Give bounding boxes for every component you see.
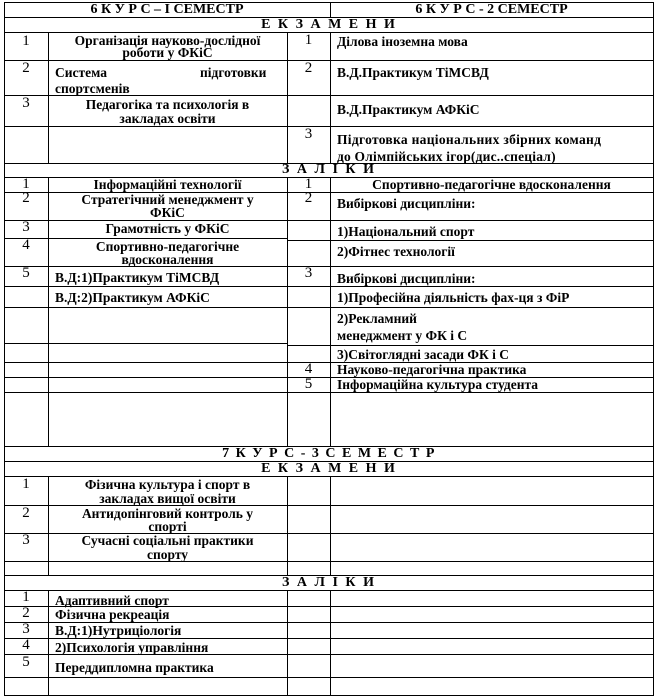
subject-name: Вибіркові дисципліни: [337,271,476,286]
subject-name: ФКіС [48,205,287,220]
subject-name: Переддипломна практика [55,660,214,675]
subject-name: Вибіркові дисципліни: [337,196,476,211]
subject-name: Педагогіка та психологія в [48,97,287,112]
divider [287,95,654,96]
semester-2-title: 6 К У Р С - 2 СЕМЕСТР [330,2,653,17]
row-number: 1 [4,590,48,605]
subject-name: Ділова іноземна мова [337,34,468,49]
table-border-bottom [4,695,654,696]
divider [48,590,49,695]
divider [4,392,287,393]
subject-name: В.Д:1)Практикум ТіМСВД [55,270,219,285]
row-number: 4 [4,238,48,253]
divider [287,286,654,287]
row-number: 2 [287,191,330,206]
subject-name: Система [55,65,107,80]
divider [330,177,331,446]
divider [4,307,287,308]
divider [287,192,654,193]
subject-name: 2)Рекламний [337,311,417,326]
subject-name: закладах освіти [48,111,287,126]
subject-name: вдосконалення [48,252,287,267]
divider [287,266,654,267]
divider [4,286,287,287]
row-number: 2 [4,506,48,521]
subject-name: менеджмент у ФК і С [337,328,467,343]
divider [287,476,288,575]
subject-name: Фізична культура і спорт в [48,477,287,492]
divider [287,177,288,446]
row-number: 2 [4,606,48,621]
divider [287,60,654,61]
exams-header: Е К З А М Е Н И [4,17,654,32]
subject-name: спортсменів [55,81,130,96]
row-number: 4 [287,362,330,377]
subject-name: В.Д.Практикум ТіМСВД [337,65,489,80]
subject-name: Підготовка національних збірних команд [337,132,601,147]
row-number: 5 [287,377,330,392]
row-number: 3 [4,96,48,111]
row-number: 2 [4,61,48,76]
row-number: 4 [4,638,48,653]
subject-name: Адаптивний спорт [55,593,169,608]
row-number: 2 [4,191,48,206]
subject-name: спорту [48,547,287,562]
subject-name: Науково-педагогічна практика [337,362,526,377]
table-border-right [653,2,654,696]
row-number: 3 [287,266,330,281]
subject-name: підготовки [200,65,266,80]
subject-name: 2)Фітнес технології [337,244,455,259]
subject-name: закладах вищої освіти [48,491,287,506]
divider [4,590,654,591]
subject-name: 3)Світоглядні засади ФК і С [337,347,509,362]
row-number: 1 [287,33,330,48]
row-number: 2 [287,61,330,76]
subject-name: Спортивно-педагогічне вдосконалення [330,177,653,192]
subject-name: 1)Національний спорт [337,224,474,239]
divider [287,220,654,221]
row-number: 3 [4,220,48,235]
row-number: 3 [4,533,48,548]
divider [287,590,288,695]
subject-name: 1)Професійна діяльність фах-ця з ФіР [337,290,569,305]
credits-header: З А Л І К И [4,162,654,177]
subject-name: Інформаційна культура студента [337,377,538,392]
subject-name: Інформаційні технології [48,177,287,192]
exams-header: Е К З А М Е Н И [4,461,654,476]
divider [330,590,331,695]
subject-name: Сучасні соціальні практики [48,533,287,548]
row-number: 3 [287,127,330,142]
subject-name: В.Д:1)Нутриціологія [55,623,181,638]
divider [4,343,287,344]
subject-name: спорті [48,519,287,534]
subject-name: роботи у ФКіС [48,45,287,60]
row-number: 5 [4,655,48,670]
divider [4,362,287,363]
subject-name: В.Д:2)Практикум АФКіС [55,290,210,305]
divider [330,476,331,575]
row-number: 3 [4,622,48,637]
semester-1-title: 6 К У Р С – І СЕМЕСТР [4,2,330,17]
divider [330,32,331,163]
subject-name: 2)Психологія управління [55,640,208,655]
divider [287,345,654,346]
divider [287,307,654,308]
subject-name: Фізична рекреація [55,607,169,622]
divider [287,240,654,241]
row-number: 1 [4,34,48,49]
subject-name: В.Д.Практикум АФКіС [337,102,480,117]
divider [287,392,654,393]
divider [287,32,288,163]
row-number: 1 [4,477,48,492]
divider [4,677,654,678]
divider [4,638,654,639]
credits-header: З А Л І К И [4,575,654,590]
semester-3-title: 7 К У Р С - 3 С Е М Е С Т Р [4,446,654,461]
divider [4,377,287,378]
row-number: 5 [4,266,48,281]
subject-name: Грамотність у ФКіС [48,221,287,236]
